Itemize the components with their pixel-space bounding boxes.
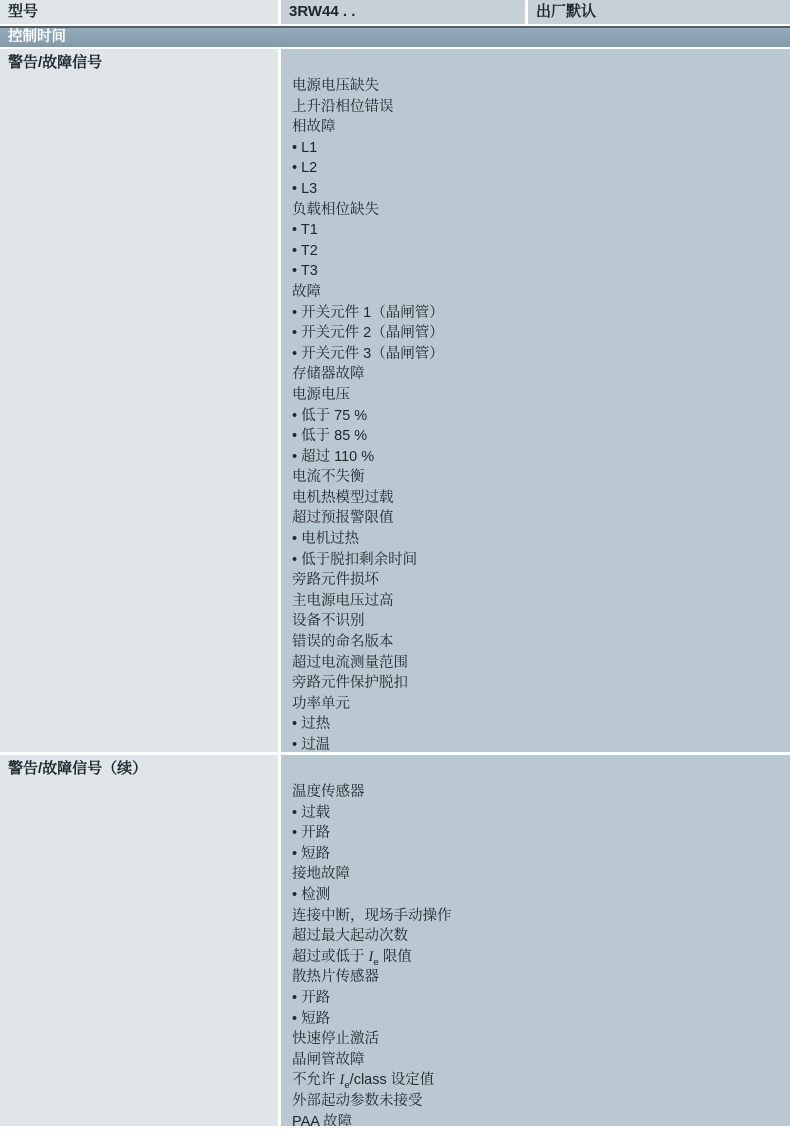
fault-signal-item: 电源电压 xyxy=(292,385,784,406)
row-label: 警告/故障信号 xyxy=(0,49,278,752)
datasheet-table: 型号 3RW44 . . 出厂默认 控制时间 警告/故障信号电源电压缺失上升沿相… xyxy=(0,0,790,1132)
fault-signal-item: • 低于脱扣剩余时间 xyxy=(292,550,784,571)
fault-signal-item: • L1 xyxy=(292,138,784,159)
fault-signal-item: • T2 xyxy=(292,241,784,262)
fault-signal-item: 主电源电压过高 xyxy=(292,591,784,612)
fault-signal-item: 旁路元件保护脱扣 xyxy=(292,673,784,694)
fault-signal-item: 不允许 Ie/class 设定值 xyxy=(292,1070,784,1091)
fault-signal-item: 超过或低于 Ie 限值 xyxy=(292,947,784,968)
fault-signal-item: • 电机过热 xyxy=(292,529,784,550)
fault-signal-item: 上升沿相位错误 xyxy=(292,97,784,118)
fault-signal-item: • L2 xyxy=(292,158,784,179)
fault-signal-item: • 开关元件 2（晶闸管） xyxy=(292,323,784,344)
fault-signal-item: 相故障 xyxy=(292,117,784,138)
fault-signal-item: 电机热模型过载 xyxy=(292,488,784,509)
fault-signal-item: • 短路 xyxy=(292,1009,784,1030)
fault-signal-item: 外部起动参数未接受 xyxy=(292,1091,784,1112)
fault-signal-item: 温度传感器 xyxy=(292,782,784,803)
fault-signal-item: 超过最大起动次数 xyxy=(292,926,784,947)
header-model-label: 型号 xyxy=(0,0,278,24)
fault-signal-item: • 开关元件 3（晶闸管） xyxy=(292,344,784,365)
fault-signal-item: 电流不失衡 xyxy=(292,467,784,488)
table-row: 警告/故障信号电源电压缺失上升沿相位错误相故障• L1• L2• L3负载相位缺… xyxy=(0,49,790,752)
fault-signal-item: • 短路 xyxy=(292,844,784,865)
fault-signal-item: • T3 xyxy=(292,261,784,282)
fault-signal-item: 电源电压缺失 xyxy=(292,76,784,97)
row-label: 警告/故障信号（续） xyxy=(0,755,278,1126)
fault-signal-item: • 过载 xyxy=(292,803,784,824)
fault-signal-item: • 超过 110 % xyxy=(292,447,784,468)
fault-signal-item: • 低于 75 % xyxy=(292,406,784,427)
header-type-value: 3RW44 . . xyxy=(281,0,525,24)
table-body: 警告/故障信号电源电压缺失上升沿相位错误相故障• L1• L2• L3负载相位缺… xyxy=(0,49,790,1126)
fault-signal-item: 晶闸管故障 xyxy=(292,1050,784,1071)
fault-signal-item: 散热片传感器 xyxy=(292,967,784,988)
fault-signal-item: 旁路元件损坏 xyxy=(292,570,784,591)
row-content: 温度传感器• 过载• 开路• 短路接地故障• 检测连接中断，现场手动操作超过最大… xyxy=(281,755,790,1126)
fault-signal-item: • 过热 xyxy=(292,714,784,735)
header-factory-default-label: 出厂默认 xyxy=(528,0,790,24)
fault-signal-item: 连接中断，现场手动操作 xyxy=(292,906,784,927)
row-content: 电源电压缺失上升沿相位错误相故障• L1• L2• L3负载相位缺失• T1• … xyxy=(281,49,790,752)
fault-signal-item: • L3 xyxy=(292,179,784,200)
fault-signal-item: 设备不识别 xyxy=(292,611,784,632)
fault-signal-item: 快速停止激活 xyxy=(292,1029,784,1050)
fault-signal-item: • 低于 85 % xyxy=(292,426,784,447)
fault-signal-item: 接地故障 xyxy=(292,864,784,885)
fault-signal-item: PAA 故障 xyxy=(292,1112,784,1127)
fault-signal-item: 故障 xyxy=(292,282,784,303)
table-header-row: 型号 3RW44 . . 出厂默认 xyxy=(0,0,790,24)
fault-signal-item: 存储器故障 xyxy=(292,364,784,385)
fault-signal-item: • 开关元件 1（晶闸管） xyxy=(292,303,784,324)
fault-signal-item: • 开路 xyxy=(292,823,784,844)
section-band-control-time: 控制时间 xyxy=(0,28,790,47)
fault-signal-item: 超过电流测量范围 xyxy=(292,653,784,674)
fault-signal-item: 错误的命名版本 xyxy=(292,632,784,653)
fault-signal-item: • 检测 xyxy=(292,885,784,906)
fault-signal-item: • 开路 xyxy=(292,988,784,1009)
fault-signal-item: • 过温 xyxy=(292,735,784,752)
fault-signal-item: 负载相位缺失 xyxy=(292,200,784,221)
fault-signal-item: 超过预报警限值 xyxy=(292,508,784,529)
table-row: 警告/故障信号（续）温度传感器• 过载• 开路• 短路接地故障• 检测连接中断，… xyxy=(0,755,790,1126)
fault-signal-item: • T1 xyxy=(292,220,784,241)
fault-signal-item: 功率单元 xyxy=(292,694,784,715)
